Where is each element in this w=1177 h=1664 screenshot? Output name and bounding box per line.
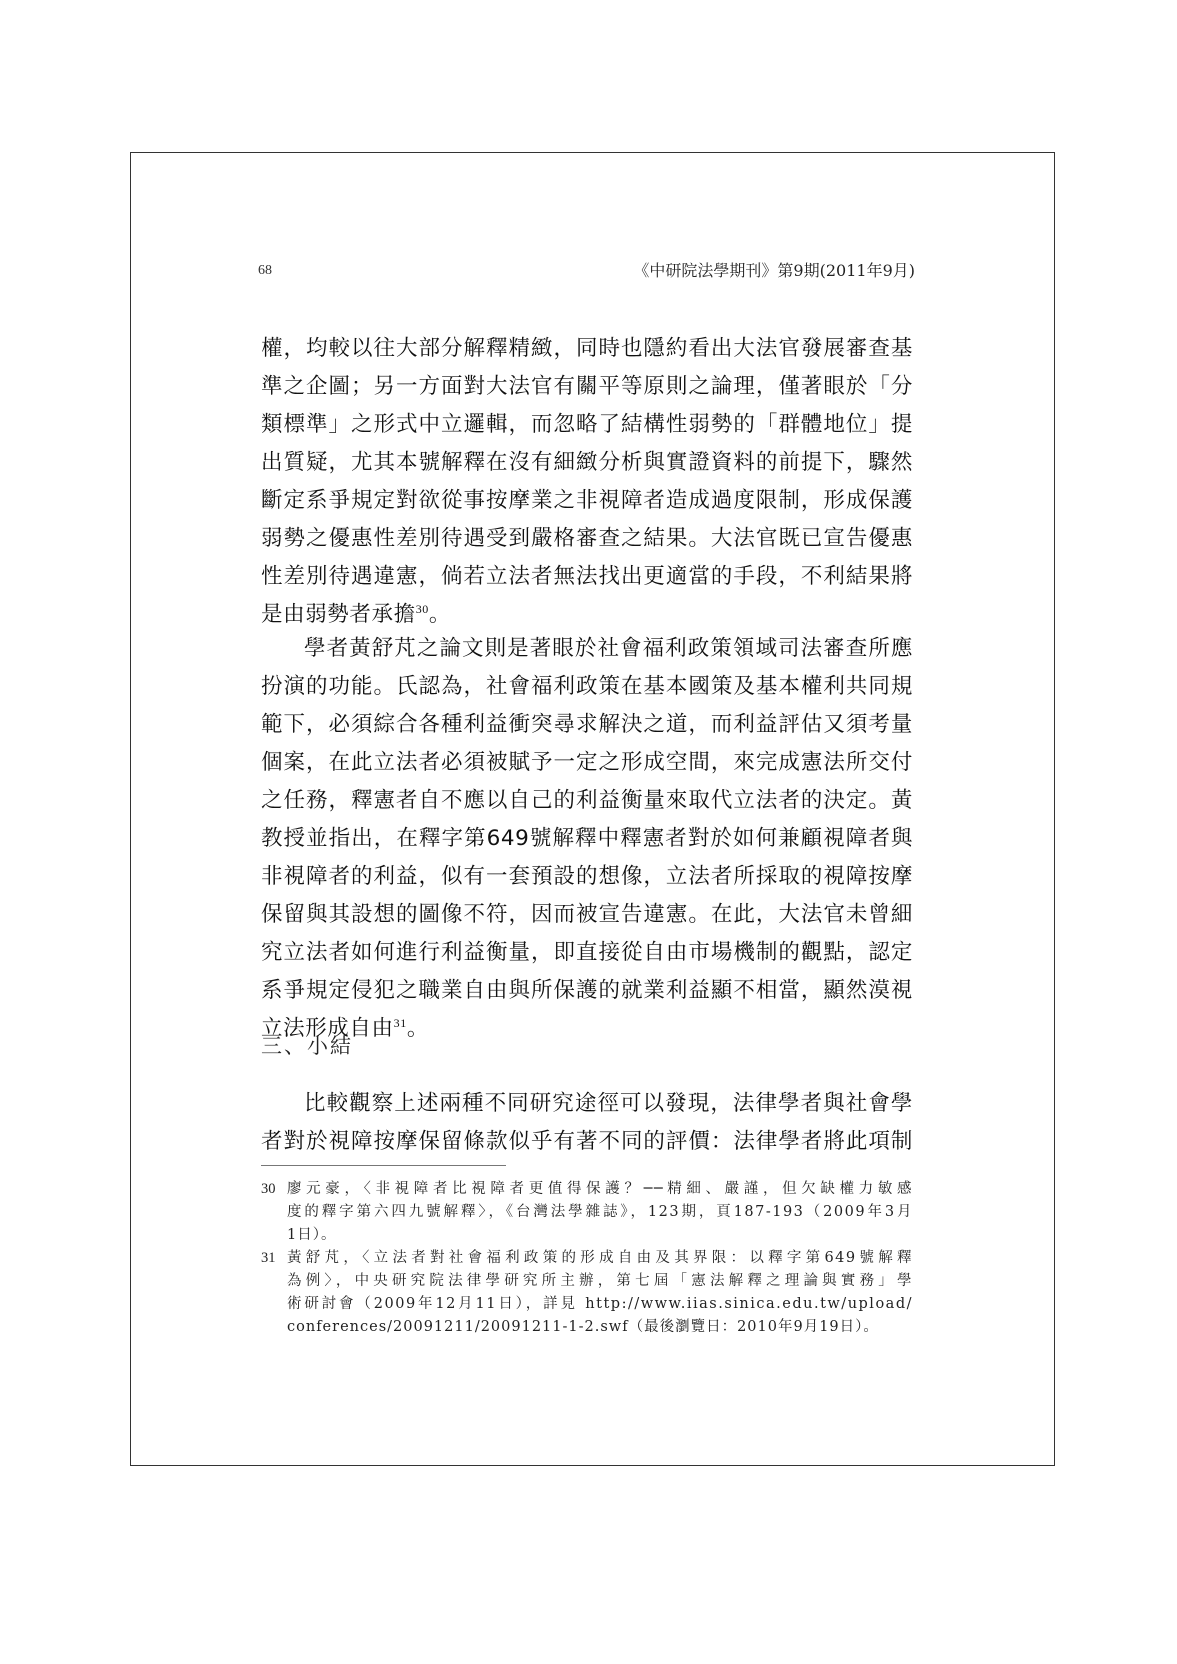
text-line: 權，均較以往大部分解釋精緻，同時也隱約看出大法官發展審查基 xyxy=(261,330,913,368)
text-line: 非視障者的利益，似有一套預設的想像，立法者所採取的視障按摩 xyxy=(261,858,913,896)
text-line: 系爭規定侵犯之職業自由與所保護的就業利益顯不相當，顯然漠視 xyxy=(261,972,913,1010)
footnote-line: 1日）。 xyxy=(287,1224,913,1247)
text-line: 比較觀察上述兩種不同研究途徑可以發現，法律學者與社會學 xyxy=(261,1085,913,1123)
text-line: 者對於視障按摩保留條款似乎有著不同的評價：法律學者將此項制 xyxy=(261,1123,913,1161)
text-line: 個案，在此立法者必須被賦予一定之形成空間，來完成憲法所交付 xyxy=(261,744,913,782)
page-number: 68 xyxy=(258,263,272,279)
footnote-line: 廖元豪，〈非視障者比視障者更值得保護？──精細、嚴謹，但欠缺權力敏感 xyxy=(287,1178,913,1201)
text-line: 斷定系爭規定對欲從事按摩業之非視障者造成過度限制，形成保護 xyxy=(261,482,913,520)
text-line: 教授並指出，在釋字第649號解釋中釋憲者對於如何兼顧視障者與 xyxy=(261,820,913,858)
text-segment: 是由弱勢者承擔 xyxy=(261,602,416,627)
footnote-line-with-link[interactable]: conferences/20091211/20091211-1-2.swf（最後… xyxy=(287,1316,913,1339)
footnote-line: 度的釋字第六四九號解釋〉，《台灣法學雜誌》，123期，頁187-193（2009… xyxy=(287,1201,913,1224)
footnote-number: 31 xyxy=(261,1247,276,1270)
footnote-30: 30 廖元豪，〈非視障者比視障者更值得保護？──精細、嚴謹，但欠缺權力敏感 度的… xyxy=(261,1178,913,1247)
running-header-journal: 《中研院法學期刊》第9期(2011年9月) xyxy=(633,258,915,281)
paragraph-2: 學者黃舒芃之論文則是著眼於社會福利政策領域司法審查所應 扮演的功能。氏認為，社會… xyxy=(261,630,913,1048)
footnote-ref-30[interactable]: 30 xyxy=(416,602,429,616)
footnote-line-with-link[interactable]: 術研討會（2009年12月11日），詳見 http://www.iias.sin… xyxy=(287,1293,913,1316)
footnote-line: 黃舒芃，〈立法者對社會福利政策的形成自由及其界限：以釋字第649號解釋 xyxy=(287,1247,913,1270)
text-line: 出質疑，尤其本號解釋在沒有細緻分析與實證資料的前提下，驟然 xyxy=(261,444,913,482)
text-line: 究立法者如何進行利益衡量，即直接從自由市場機制的觀點，認定 xyxy=(261,934,913,972)
text-line: 學者黃舒芃之論文則是著眼於社會福利政策領域司法審查所應 xyxy=(261,630,913,668)
paragraph-3: 比較觀察上述兩種不同研究途徑可以發現，法律學者與社會學 者對於視障按摩保留條款似… xyxy=(261,1085,913,1161)
paragraph-1: 權，均較以往大部分解釋精緻，同時也隱約看出大法官發展審查基 準之企圖；另一方面對… xyxy=(261,330,913,634)
text-line: 之任務，釋憲者自不應以自己的利益衡量來取代立法者的決定。黃 xyxy=(261,782,913,820)
text-line: 弱勢之優惠性差別待遇受到嚴格審查之結果。大法官既已宣告優惠 xyxy=(261,520,913,558)
footnote-line: 為例〉，中央研究院法律學研究所主辦，第七屆「憲法解釋之理論與實務」學 xyxy=(287,1270,913,1293)
text-line: 性差別待遇違憲，倘若立法者無法找出更適當的手段，不利結果將 xyxy=(261,558,913,596)
section-heading: 三、小結 xyxy=(261,1030,353,1060)
text-line: 是由弱勢者承擔30。 xyxy=(261,596,913,634)
text-line: 範下，必須綜合各種利益衝突尋求解決之道，而利益評估又須考量 xyxy=(261,706,913,744)
punctuation: 。 xyxy=(407,1016,429,1041)
footnote-31: 31 黃舒芃，〈立法者對社會福利政策的形成自由及其界限：以釋字第649號解釋 為… xyxy=(261,1247,913,1339)
footnote-separator xyxy=(261,1165,506,1166)
text-line: 立法形成自由31。 xyxy=(261,1010,913,1048)
punctuation: 。 xyxy=(429,602,451,627)
text-line: 類標準」之形式中立邏輯，而忽略了結構性弱勢的「群體地位」提 xyxy=(261,406,913,444)
footnote-number: 30 xyxy=(261,1178,276,1201)
text-line: 扮演的功能。氏認為，社會福利政策在基本國策及基本權利共同規 xyxy=(261,668,913,706)
footnotes: 30 廖元豪，〈非視障者比視障者更值得保護？──精細、嚴謹，但欠缺權力敏感 度的… xyxy=(261,1178,913,1339)
text-line: 保留與其設想的圖像不符，因而被宣告違憲。在此，大法官未曾細 xyxy=(261,896,913,934)
footnote-ref-31[interactable]: 31 xyxy=(394,1016,407,1030)
text-line: 準之企圖；另一方面對大法官有關平等原則之論理，僅著眼於「分 xyxy=(261,368,913,406)
